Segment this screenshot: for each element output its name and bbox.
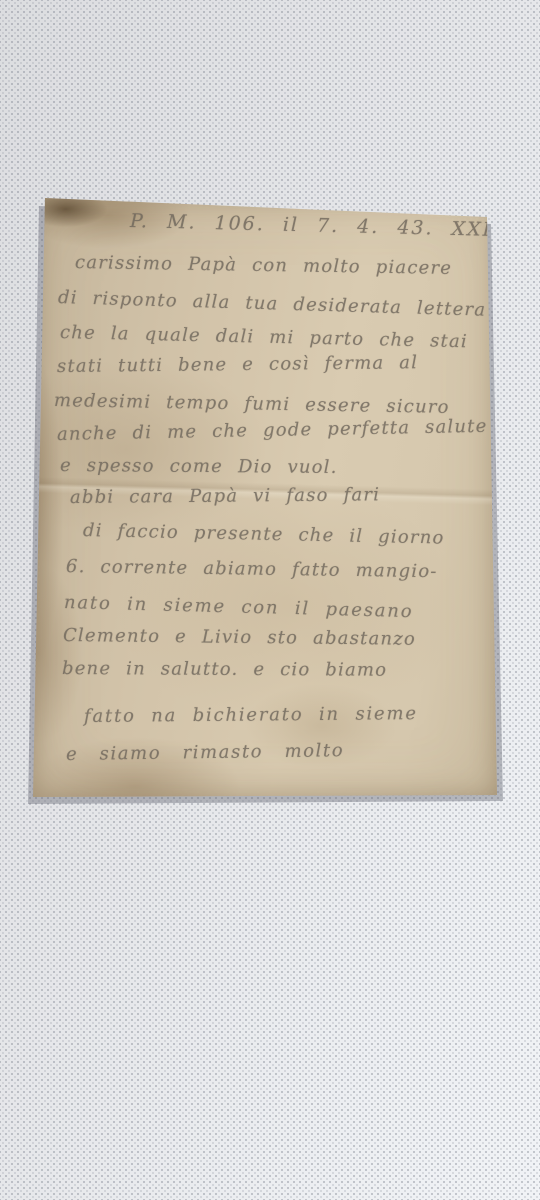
letter-line-16: e siamo rimasto molto <box>66 742 344 764</box>
letter-line-13: Clemento e Livio sto abastanzo <box>63 627 416 649</box>
letter-paper: P. M. 106. il 7. 4. 43. XXI carissimo Pa… <box>0 0 540 1200</box>
letter-line-15: fatto na bichierato in sieme <box>84 705 418 726</box>
letter-line-5: stati tutti bene e così ferma al <box>57 354 418 376</box>
letter-line-11: 6. corrente abiamo fatto mangio- <box>66 558 438 581</box>
letter-line-14: bene in salutto. e cio biamo <box>62 660 387 680</box>
letter-line-9: abbi cara Papà vi faso fari <box>70 486 380 507</box>
letter-line-8: e spesso come Dio vuol. <box>60 457 338 477</box>
photo-of-letter: P. M. 106. il 7. 4. 43. XXI carissimo Pa… <box>0 0 540 1200</box>
